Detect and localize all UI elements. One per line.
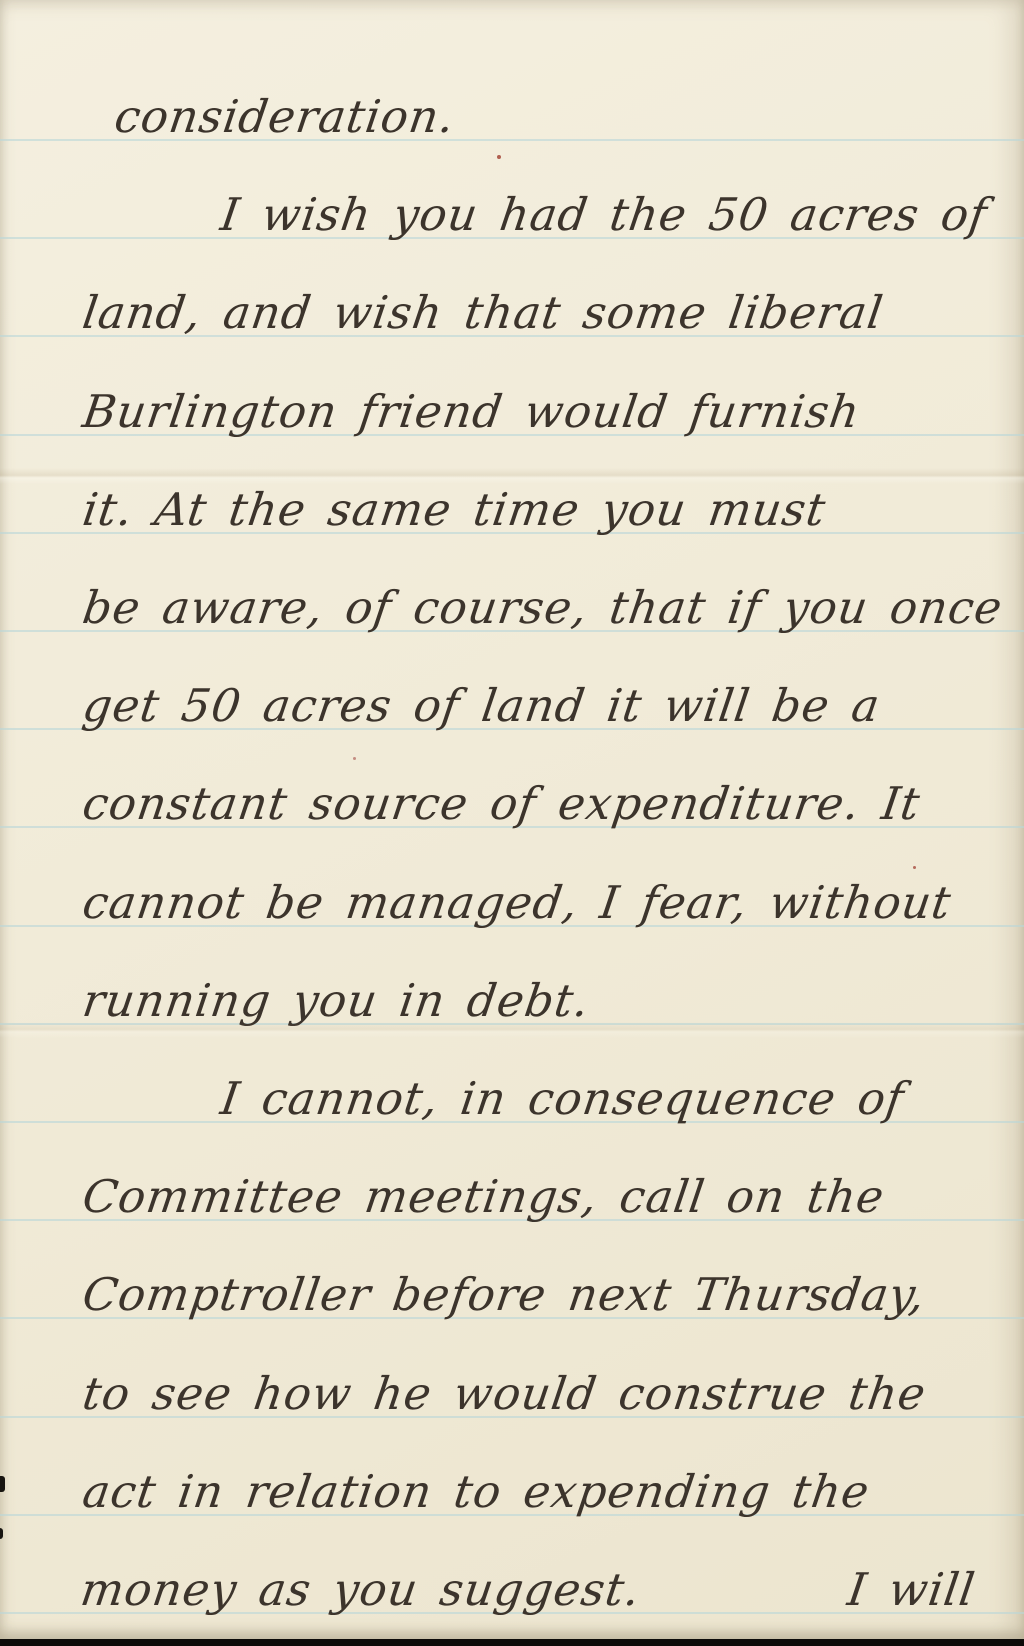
handwriting-line: to see how he would construe the [80,1324,923,1416]
handwriting-line: land, and wish that some liberal [80,243,880,335]
handwriting-line: cannot be managed, I fear, without [80,833,948,925]
handwriting-line: constant source of expenditure. It [80,734,917,826]
handwriting-line: consideration. [112,47,451,139]
paper-speck [497,155,501,159]
handwriting-text: get 50 acres of land it will be a [80,683,883,728]
handwriting-text: running you in debt. [80,978,592,1023]
handwriting-text: Burlington friend would furnish [80,389,863,434]
handwriting-line: money as you suggest.I will [78,1520,972,1612]
paper-edge-nick [0,1528,3,1539]
paper-speck [913,866,916,869]
handwriting-line: running you in debt. [80,931,586,1023]
handwriting-text: land, and wish that some liberal [80,290,886,335]
handwriting-line: I wish you had the 50 acres of [218,145,984,237]
handwriting-text: to see how he would construe the [80,1371,929,1416]
handwriting-text: I wish you had the 50 acres of [218,192,990,237]
handwriting-line: be aware, of course, that if you once [80,538,999,630]
handwriting-text: be aware, of course, that if you once [80,585,1006,630]
paper-speck [353,757,356,760]
handwriting-text: act in relation to expending the [80,1469,873,1514]
handwriting-line: act in relation to expending the [80,1422,866,1514]
handwriting-text: consideration. [112,94,458,139]
handwriting-line: get 50 acres of land it will be a [80,636,877,728]
handwriting-line: I cannot, in consequence of [218,1029,901,1121]
handwriting-text: cannot be managed, I fear, without [80,880,954,925]
handwriting-text: it. At the same time you must [80,487,829,532]
handwriting-text: constant source of expenditure. It [80,781,923,826]
handwriting-text: I will [845,1567,978,1612]
handwriting-line: Burlington friend would furnish [80,342,857,434]
handwriting-line: Committee meetings, call on the [80,1127,881,1219]
handwriting-text: Comptroller before next Thursday, [80,1272,928,1317]
handwriting-text: I cannot, in consequence of [218,1076,907,1121]
letter-page: consideration.I wish you had the 50 acre… [0,0,1024,1639]
handwriting-text: Committee meetings, call on the [80,1174,887,1219]
handwriting-line: Comptroller before next Thursday, [80,1225,922,1317]
paper-edge-nick [0,1476,5,1492]
handwriting-text: money as you suggest. [78,1567,643,1612]
handwriting-line: it. At the same time you must [80,440,822,532]
